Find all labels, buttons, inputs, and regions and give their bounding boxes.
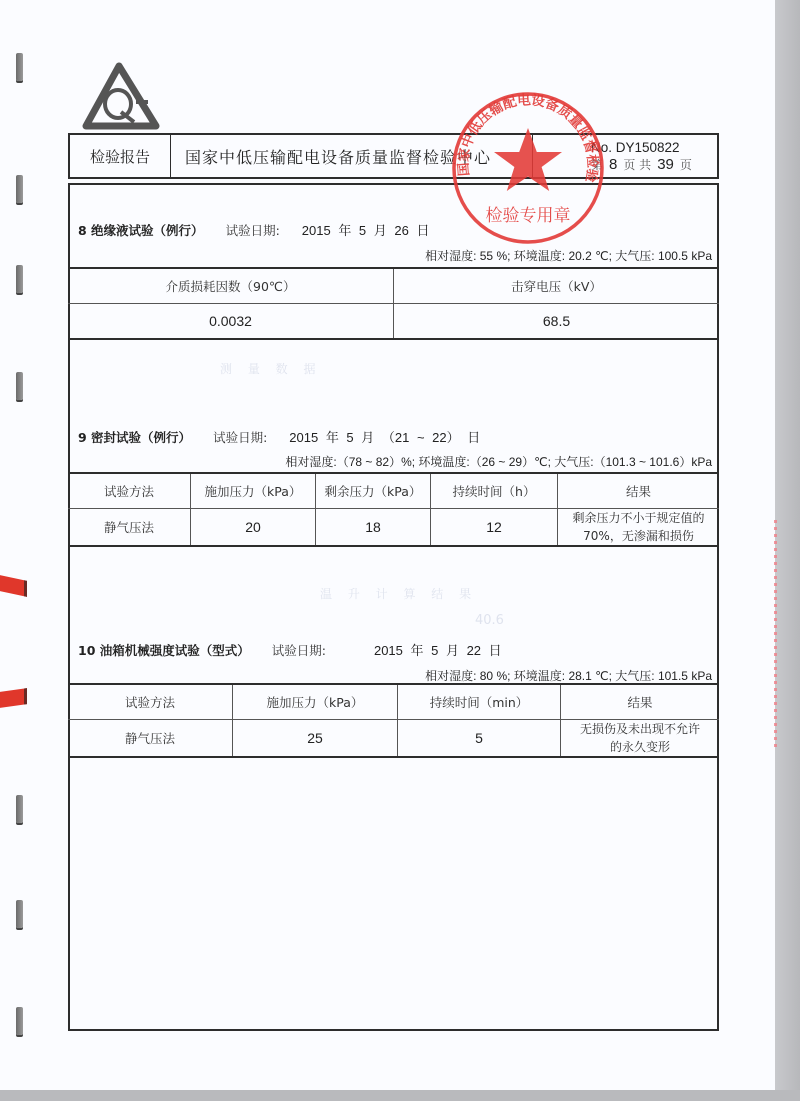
section-9-table: 试验方法 施加压力（kPa） 剩余压力（kPa） 持续时间（h） 结果 静气压法… bbox=[68, 472, 719, 547]
table-header: 结果 bbox=[558, 473, 720, 509]
table-header: 结果 bbox=[561, 684, 720, 720]
table-header: 击穿电压（kV） bbox=[394, 268, 720, 304]
table-header: 试验方法 bbox=[68, 684, 233, 720]
test-method: 静气压法 bbox=[68, 509, 191, 547]
page-current: 8 bbox=[609, 156, 617, 173]
section-10-date: 2015 年 5 月 22 日 bbox=[374, 643, 502, 658]
bleed-through-value: 40.6 bbox=[475, 613, 504, 628]
page-mid: 页 共 bbox=[623, 158, 651, 172]
section-9-title: 9 密封试验（例行） bbox=[78, 430, 191, 445]
page-indicator: 第8页 共39页 bbox=[591, 156, 692, 174]
result: 剩余压力不小于规定值的 70%，无渗漏和损伤 bbox=[558, 509, 720, 547]
applied-pressure: 20 bbox=[191, 509, 316, 547]
binding-hole bbox=[16, 175, 23, 203]
binding-hole bbox=[16, 1007, 23, 1035]
bleed-through-text: 温 升 计 算 结 果 bbox=[320, 585, 477, 602]
section-8-date: 2015 年 5 月 26 日 bbox=[302, 223, 430, 238]
section-8-header: 8 绝缘液试验（例行）试验日期:2015 年 5 月 26 日 bbox=[78, 220, 429, 239]
page-prefix: 第 bbox=[591, 158, 603, 172]
section-8-date-label: 试验日期: bbox=[226, 223, 280, 238]
section-8-title: 8 绝缘液试验（例行） bbox=[78, 223, 204, 238]
breakdown-voltage-value: 68.5 bbox=[394, 304, 720, 340]
section-10-conditions: 相对湿度: 80 %; 环境温度: 28.1 ℃; 大气压: 101.5 kPa bbox=[425, 667, 712, 684]
report-meta: No. DY150822 第8页 共39页 bbox=[533, 135, 717, 177]
binding-hole bbox=[16, 795, 23, 823]
table-header: 施加压力（kPa） bbox=[233, 684, 398, 720]
table-header: 剩余压力（kPa） bbox=[316, 473, 431, 509]
table-header: 试验方法 bbox=[68, 473, 191, 509]
bleed-through-text: 测 量 数 据 bbox=[220, 360, 321, 377]
table-row: 静气压法 20 18 12 剩余压力不小于规定值的 70%，无渗漏和损伤 bbox=[68, 509, 719, 547]
section-8-table: 介质损耗因数（90℃） 击穿电压（kV） 0.0032 68.5 bbox=[68, 267, 719, 340]
binding-hole bbox=[16, 265, 23, 293]
binding-hole bbox=[16, 372, 23, 400]
page-total: 39 bbox=[657, 156, 674, 173]
test-method: 静气压法 bbox=[68, 720, 233, 758]
cqc-triangle-logo-icon bbox=[78, 62, 160, 130]
report-header: 检验报告 国家中低压输配电设备质量监督检验中心 No. DY150822 第8页… bbox=[68, 133, 719, 179]
section-9-date-label: 试验日期: bbox=[213, 430, 267, 445]
section-10-header: 10 油箱机械强度试验（型式）试验日期:2015 年 5 月 22 日 bbox=[78, 640, 502, 659]
residual-pressure: 18 bbox=[316, 509, 431, 547]
dielectric-loss-value: 0.0032 bbox=[68, 304, 394, 340]
section-8-conditions: 相对湿度: 55 %; 环境温度: 20.2 ℃; 大气压: 100.5 kPa bbox=[425, 247, 712, 264]
page-suffix: 页 bbox=[680, 158, 692, 172]
table-row: 静气压法 25 5 无损伤及未出现不允许的永久变形 bbox=[68, 720, 719, 758]
section-10-title: 10 油箱机械强度试验（型式） bbox=[78, 643, 250, 658]
binding-hole bbox=[16, 900, 23, 928]
table-header: 介质损耗因数（90℃） bbox=[68, 268, 394, 304]
page-bottom-shadow bbox=[0, 1090, 800, 1101]
result: 无损伤及未出现不允许的永久变形 bbox=[561, 720, 720, 758]
table-header: 施加压力（kPa） bbox=[191, 473, 316, 509]
right-ribbon-mark bbox=[774, 520, 777, 750]
duration: 12 bbox=[431, 509, 558, 547]
section-10-date-label: 试验日期: bbox=[272, 643, 326, 658]
organization-name: 国家中低压输配电设备质量监督检验中心 bbox=[171, 135, 533, 177]
section-9-header: 9 密封试验（例行）试验日期:2015 年 5 月 （21 ~ 22） 日 bbox=[78, 427, 480, 446]
section-9-conditions: 相对湿度:（78 ~ 82）%; 环境温度:（26 ~ 29）℃; 大气压:（1… bbox=[285, 453, 712, 470]
doc-type-label: 检验报告 bbox=[70, 135, 171, 177]
table-header: 持续时间（min） bbox=[398, 684, 561, 720]
report-body: 测 量 数 据 温 升 计 算 结 果 40.6 8 绝缘液试验（例行）试验日期… bbox=[68, 183, 719, 1031]
page-edge-shadow bbox=[775, 0, 800, 1101]
table-header: 持续时间（h） bbox=[431, 473, 558, 509]
applied-pressure: 25 bbox=[233, 720, 398, 758]
table-row: 0.0032 68.5 bbox=[68, 304, 719, 340]
section-9-date: 2015 年 5 月 （21 ~ 22） 日 bbox=[289, 430, 480, 445]
section-10-table: 试验方法 施加压力（kPa） 持续时间（min） 结果 静气压法 25 5 无损… bbox=[68, 683, 719, 758]
duration: 5 bbox=[398, 720, 561, 758]
report-number: No. DY150822 bbox=[591, 139, 680, 156]
binding-hole bbox=[16, 53, 23, 81]
